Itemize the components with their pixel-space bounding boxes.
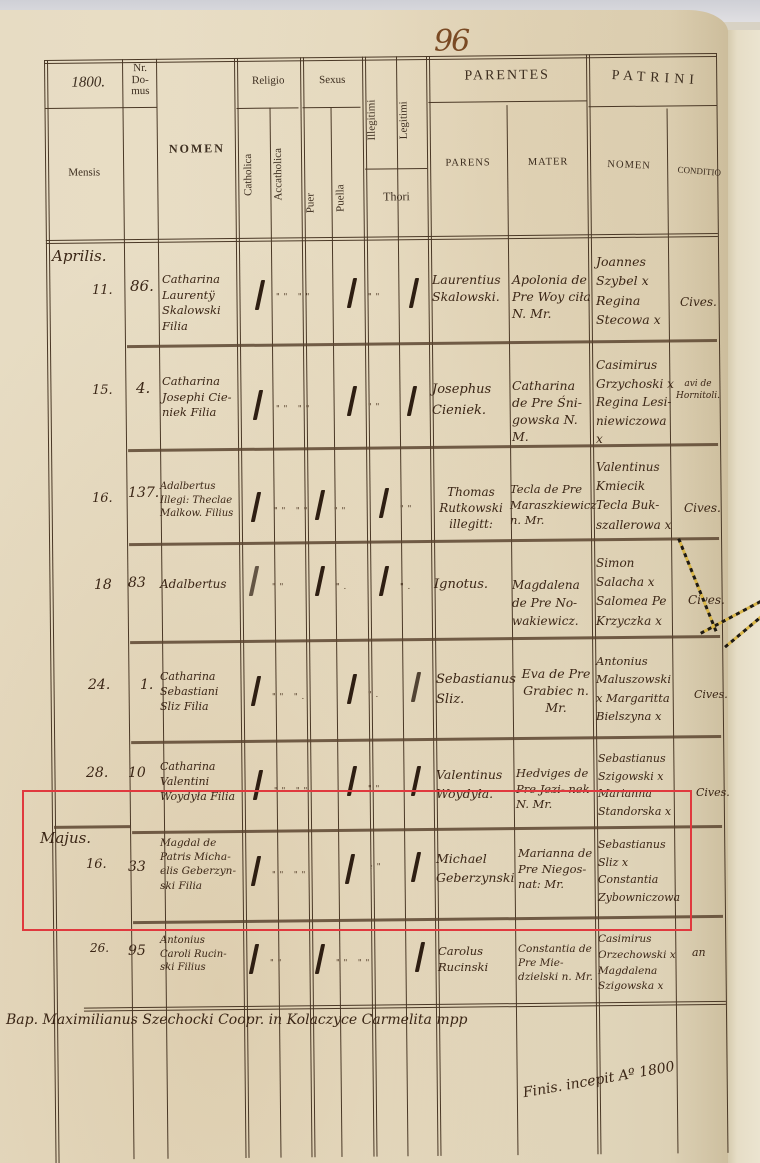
mater-header: MATER <box>509 156 587 168</box>
illegitimi-header: Illegitimi <box>366 76 395 164</box>
entry-house-nr: 86. <box>130 276 154 296</box>
entry-parens: Josephus Cieniek. <box>432 380 510 422</box>
entry-day: 18 <box>94 576 112 595</box>
ditto-marks: "" "" <box>276 404 313 413</box>
entry-conditio: Cives. <box>696 786 730 801</box>
catholica-header: Catholica <box>243 120 268 230</box>
entry-day: 15. <box>92 382 113 400</box>
ditto-marks: "" <box>368 402 383 411</box>
entry-house-nr: 137. <box>128 484 159 503</box>
ditto-marks: "" <box>272 582 287 591</box>
entry-patrini: Casimirus Orzechowski x Magdalena Szigow… <box>598 932 678 995</box>
entry-nomen: Antonius Caroli Rucin- ski Filius <box>160 934 236 975</box>
parentes-header: PARENTES <box>428 68 586 84</box>
entry-parens: Ignotus. <box>434 576 488 594</box>
parens-header: PARENS <box>429 157 507 169</box>
ditto-marks: "" <box>334 506 349 515</box>
accatholica-header: Accatholica <box>273 119 298 229</box>
col-border-mensis <box>122 59 135 1159</box>
entry-nomen: Catharina Laurentÿ Skalowski Filia <box>162 272 236 334</box>
entry-patrini: Joannes Szybel x Regina Stecowa x <box>596 252 674 330</box>
legitimi-header: Legitimi <box>398 76 427 164</box>
header-subline-patrini <box>589 105 717 107</box>
entry-parens: Laurentius Skalowski. <box>432 272 512 306</box>
entry-nomen: Adalbertus <box>160 576 236 592</box>
entry-conditio: Cives. <box>694 688 728 703</box>
entry-day: 16. <box>92 490 113 508</box>
row-separator <box>131 735 721 744</box>
entry-nomen: Catharina Josephi Cie- niek Filia <box>162 374 236 421</box>
entry-mater: Apolonia de Pre Woy ciła N. Mr. <box>512 272 592 323</box>
entry-house-nr: 1. <box>140 676 153 695</box>
thori-header: Thori <box>365 190 427 203</box>
puer-header: Puer <box>305 177 330 229</box>
ditto-marks: "" "" <box>274 506 311 515</box>
entry-patrini: Casimirus Grzychoski x Regina Lesi- niew… <box>596 356 674 449</box>
conditio-header: CONDITIO <box>669 165 730 179</box>
nr-domus-header: Nr. Do- mus <box>124 63 156 98</box>
col-border-thori <box>426 56 442 1156</box>
row-separator <box>130 635 720 644</box>
entry-parens: Carolus Rucinski <box>438 944 516 975</box>
ditto-marks: ". <box>400 582 414 591</box>
page-number: 96 <box>434 24 468 59</box>
entry-mater: Magdalena de Pre No- wakiewicz. <box>512 576 596 630</box>
patrini-nomen-header: NOMEN <box>591 158 667 172</box>
ditto-marks: "" <box>368 292 383 301</box>
col-border-illegitimi <box>396 56 409 1156</box>
ditto-marks: "" <box>270 958 285 967</box>
ditto-marks: "" ". <box>272 692 308 701</box>
puella-header: Puella <box>335 167 360 229</box>
ditto-marks: ". <box>336 582 350 591</box>
ditto-marks: "" "" <box>336 958 373 967</box>
col-border-parens <box>506 105 518 1155</box>
entry-nomen: Catharina Sebastiani Sliz Filia <box>160 670 236 715</box>
entry-house-nr: 83 <box>128 574 146 593</box>
col-border-sexus <box>362 57 378 1157</box>
header-subline-thori <box>365 168 427 170</box>
religio-header: Religio <box>238 75 298 87</box>
entry-day: 26. <box>90 940 109 956</box>
header-bottom-border <box>46 233 718 244</box>
entry-mater: Tecla de Pre Maraszkiewicz n. Mr. <box>510 482 594 529</box>
col-border-catholica <box>270 108 282 1158</box>
ditto-marks: ". <box>368 690 382 699</box>
highlight-box <box>22 790 692 931</box>
row-separator <box>127 339 717 348</box>
entry-mater: Catharina de Pre Śni- gowska N. M. <box>512 378 592 446</box>
baptizer-signature: Bap. Maximilianus Szechocki Coopr. in Ko… <box>6 1012 626 1028</box>
entry-mater: Constantia de Pre Mie- dzielski n. Mr. <box>518 942 598 985</box>
ditto-marks: "" <box>400 504 415 513</box>
header-subline-year <box>45 107 157 109</box>
nomen-header: NOMEN <box>159 142 235 155</box>
col-border-domus <box>156 59 169 1159</box>
entry-parens: Thomas Rutkowski illegitt: <box>432 484 510 533</box>
sexus-header: Sexus <box>302 75 362 87</box>
header-subline-parentes <box>428 100 586 103</box>
entry-day: 28. <box>86 764 108 783</box>
entry-parens: Sebastianus Sliz. <box>436 670 514 710</box>
row-separator <box>129 537 719 546</box>
entry-nomen: Adalbertus Illegi: Theclae Malkow. Filiu… <box>160 480 236 521</box>
header-subline-religio <box>237 107 299 109</box>
register-page: 96 1800. Nr. Do- mus Mensis NOMEN Religi… <box>0 10 728 1163</box>
ditto-marks: "" "" <box>276 292 313 301</box>
entry-house-nr: 10 <box>128 764 146 783</box>
patrini-header: PATRINI <box>590 68 721 90</box>
col-border-left <box>44 60 60 1163</box>
mensis-header: Mensis <box>49 167 119 179</box>
entry-conditio: an <box>692 946 706 961</box>
entry-mater: Eva de Pre Grabiec n. Mr. <box>516 666 596 717</box>
entry-patrini: Simon Salacha x Salomea Pe Krzyczka x <box>596 554 674 631</box>
entry-day: 24. <box>88 676 110 695</box>
entry-patrini: Antonius Maluszowski x Margaritta Bielsz… <box>596 652 676 726</box>
entry-house-nr: 95 <box>128 942 146 961</box>
entry-patrini: Valentinus Kmiecik Tecla Buk- szallerowa… <box>596 458 674 535</box>
year-header: 1800. <box>58 75 118 91</box>
entry-house-nr: 4. <box>136 378 150 398</box>
entry-conditio: avi de Hornitoli. <box>676 378 720 402</box>
month-label: Aprilis. <box>52 246 106 266</box>
entry-conditio: Cives. <box>680 294 717 310</box>
col-border-puer <box>331 107 343 1157</box>
entry-conditio: Cives. <box>684 500 721 516</box>
entry-day: 11. <box>92 282 113 300</box>
